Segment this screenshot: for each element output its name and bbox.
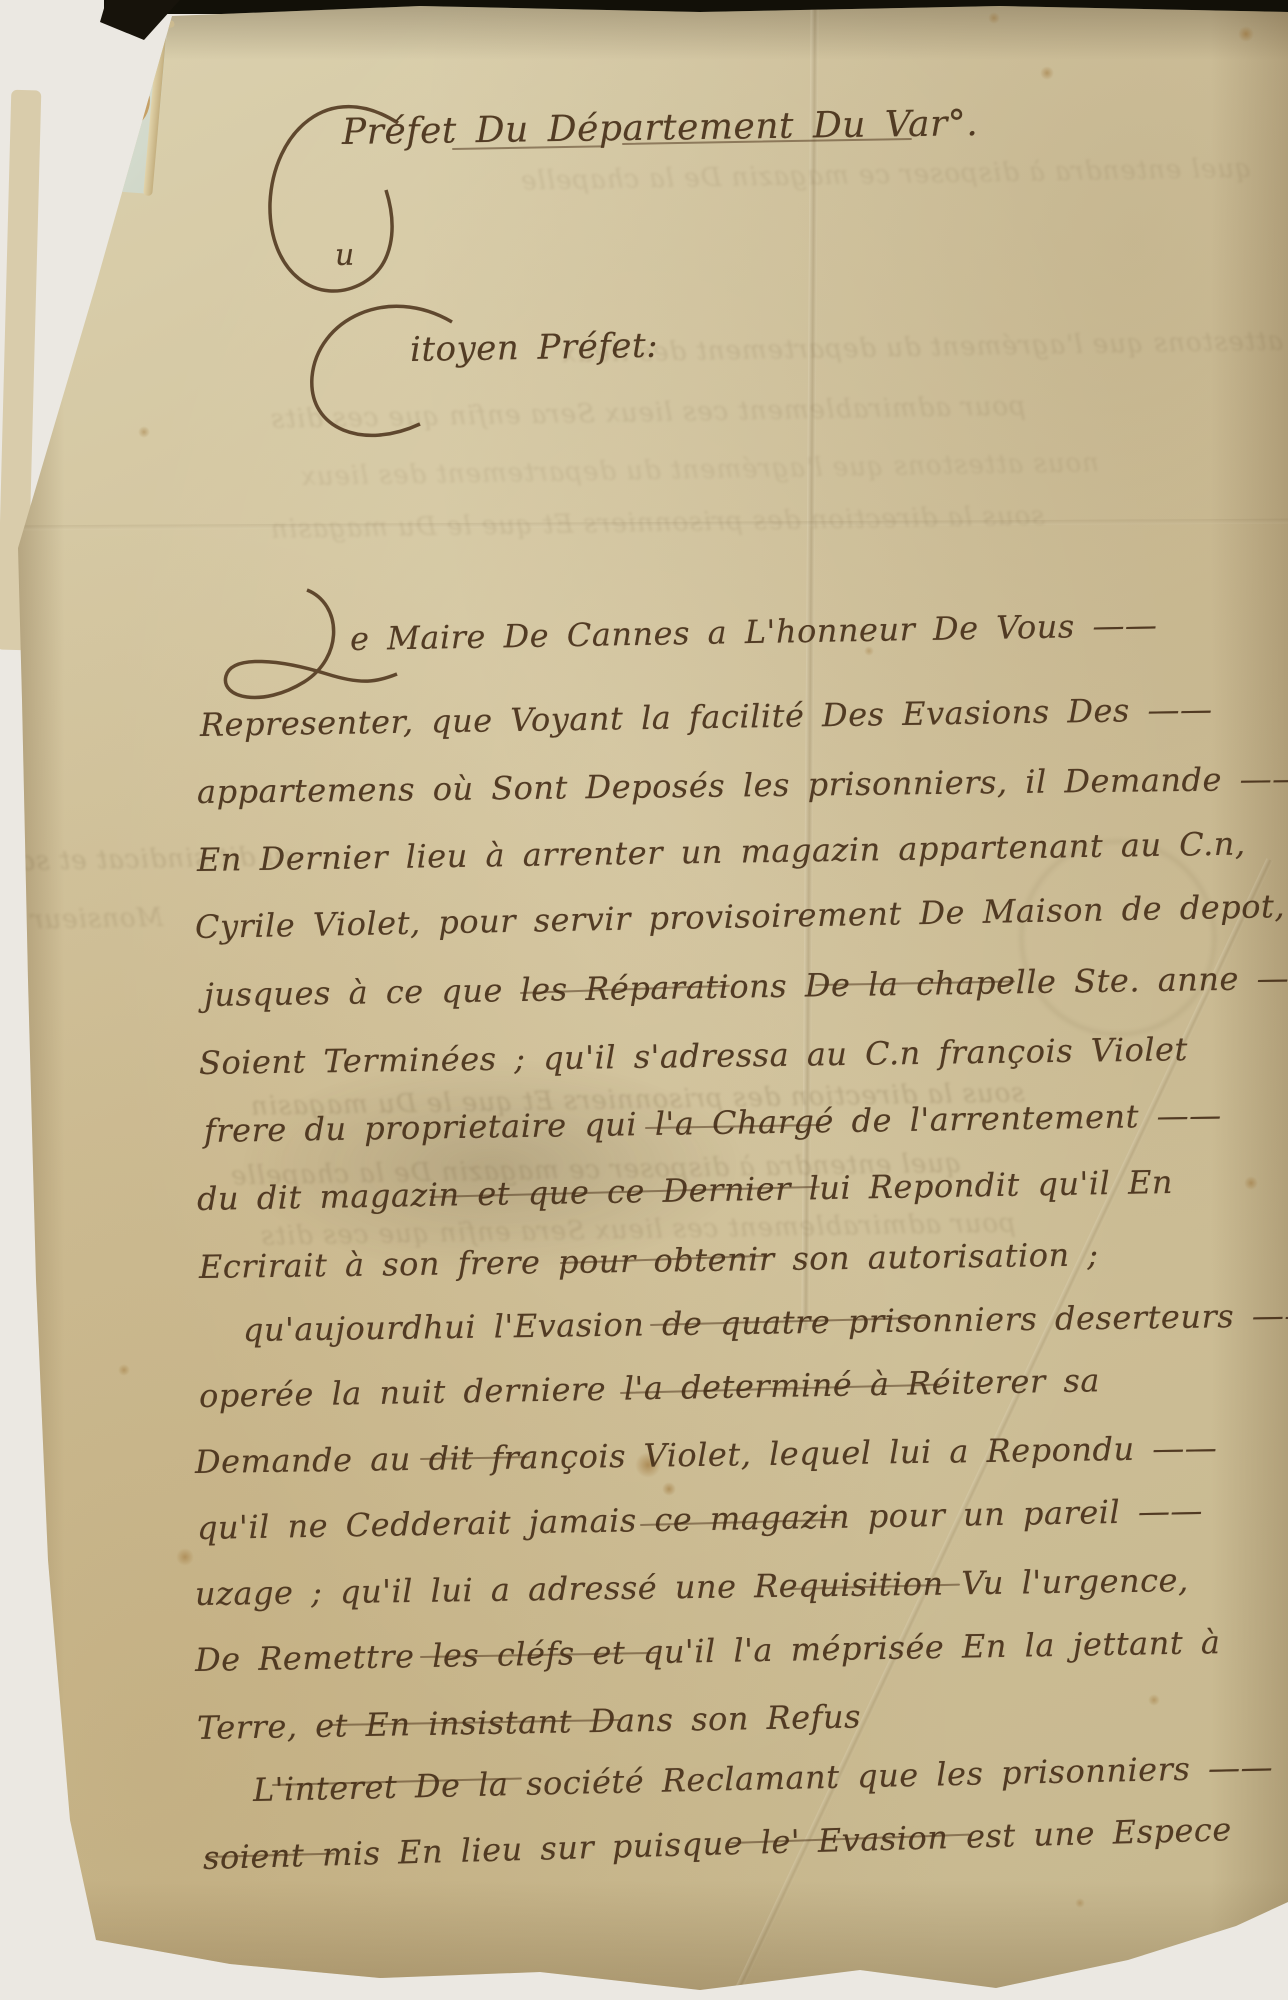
heading-initial-tail: u [335,238,355,273]
ghost-stamp-mark [1020,840,1216,1036]
ink-bleed-through: Monsieur et Bien [0,903,163,937]
paper-sheet: quel entendra à disposer ce magazin De l… [0,0,1288,2000]
salutation: itoyen Préfet: [410,326,659,370]
flourish-initial-C [292,292,467,452]
scanned-manuscript-page: quel entendra à disposer ce magazin De l… [0,0,1288,2000]
